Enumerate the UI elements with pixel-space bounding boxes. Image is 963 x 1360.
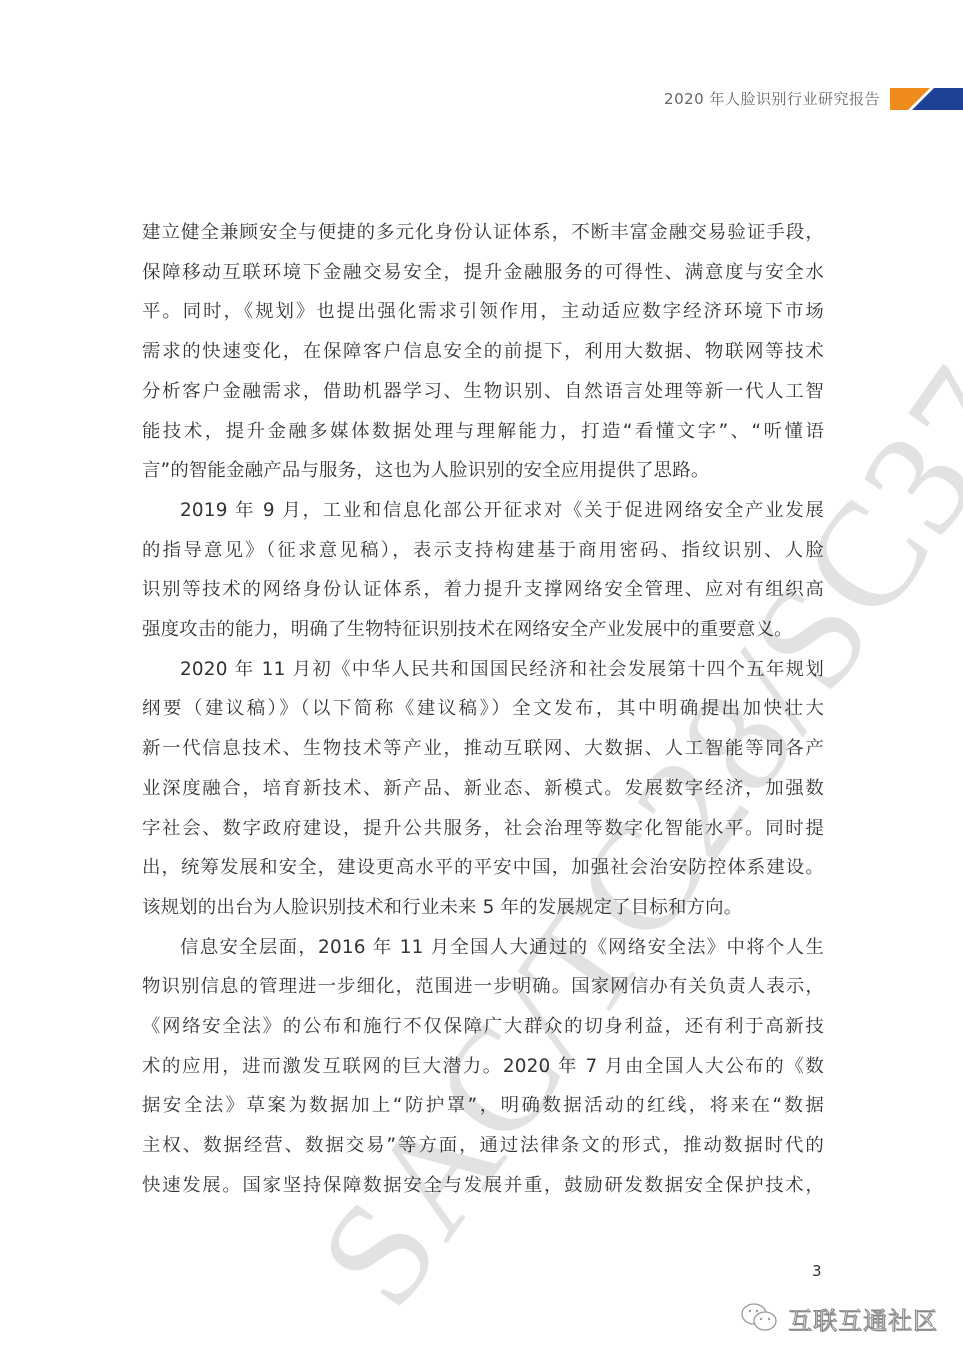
text-line: 的指导意见》（征求意见稿），表示支持构建基于商用密码、指纹识别、人脸 <box>142 531 824 571</box>
text-line: 快速发展。国家坚持保障数据安全与发展并重，鼓励研发数据安全保护技术， <box>142 1166 824 1206</box>
text-line: 术的应用，进而激发互联网的巨大潜力。2020 年 7 月由全国人大公布的《数 <box>142 1047 824 1087</box>
text-line: 该规划的出台为人脸识别技术和行业未来 5 年的发展规定了目标和方向。 <box>142 888 824 928</box>
text-line: 平。同时，《规划》也提出强化需求引领作用，主动适应数字经济环境下市场 <box>142 292 824 332</box>
text-line: 分析客户金融需求，借助机器学习、生物识别、自然语言处理等新一代人工智 <box>142 372 824 412</box>
text-line: 信息安全层面，2016 年 11 月全国人大通过的《网络安全法》中将个人生 <box>142 928 824 968</box>
paragraph: 建立健全兼顾安全与便捷的多元化身份认证体系，不断丰富金融交易验证手段，保障移动互… <box>142 213 824 491</box>
text-line: 强度攻击的能力，明确了生物特征识别技术在网络安全产业发展中的重要意义。 <box>142 610 824 650</box>
text-line: 物识别信息的管理进一步细化，范围进一步明确。国家网信办有关负责人表示， <box>142 967 824 1007</box>
text-line: 建立健全兼顾安全与便捷的多元化身份认证体系，不断丰富金融交易验证手段， <box>142 213 824 253</box>
paragraph: 2020 年 11 月初《中华人民共和国国民经济和社会发展第十四个五年规划纲要（… <box>142 650 824 928</box>
text-line: 出，统筹发展和安全，建设更高水平的平安中国，加强社会治安防控体系建设。 <box>142 848 824 888</box>
text-line: 新一代信息技术、生物技术等产业，推动互联网、大数据、人工智能等同各产 <box>142 729 824 769</box>
paragraph: 信息安全层面，2016 年 11 月全国人大通过的《网络安全法》中将个人生物识别… <box>142 928 824 1206</box>
text-line: 业深度融合，培育新技术、新产品、新业态、新模式。发展数字经济，加强数 <box>142 769 824 809</box>
page-number: 3 <box>812 1262 822 1280</box>
document-body: 建立健全兼顾安全与便捷的多元化身份认证体系，不断丰富金融交易验证手段，保障移动互… <box>142 213 824 1206</box>
text-line: 言”的智能金融产品与服务，这也为人脸识别的安全应用提供了思路。 <box>142 451 824 491</box>
text-line: 保障移动互联环境下金融交易安全，提升金融服务的可得性、满意度与安全水 <box>142 253 824 293</box>
brand-name: 互联互通社区 <box>788 1301 938 1336</box>
wechat-icon <box>740 1301 780 1335</box>
text-line: 需求的快速变化，在保障客户信息安全的前提下，利用大数据、物联网等技术 <box>142 332 824 372</box>
text-line: 识别等技术的网络身份认证体系，着力提升支撑网络安全管理、应对有组织高 <box>142 570 824 610</box>
text-line: 2019 年 9 月，工业和信息化部公开征求对《关于促进网络安全产业发展 <box>142 491 824 531</box>
paragraph: 2019 年 9 月，工业和信息化部公开征求对《关于促进网络安全产业发展的指导意… <box>142 491 824 650</box>
text-line: 《网络安全法》的公布和施行不仅保障广大群众的切身利益，还有利于高新技 <box>142 1007 824 1047</box>
footer-brand: 互联互通社区 <box>740 1298 938 1338</box>
text-line: 2020 年 11 月初《中华人民共和国国民经济和社会发展第十四个五年规划 <box>142 650 824 690</box>
text-line: 能技术，提升金融多媒体数据处理与理解能力，打造“看懂文字”、“听懂语 <box>142 412 824 452</box>
header-decoration-icon <box>890 88 963 110</box>
text-line: 字社会、数字政府建设，提升公共服务，社会治理等数字化智能水平。同时提 <box>142 809 824 849</box>
text-line: 纲要（建议稿）》（以下简称《建议稿》）全文发布，其中明确提出加快壮大 <box>142 689 824 729</box>
text-line: 据安全法》草案为数据加上“防护罩”，明确数据活动的红线，将来在“数据 <box>142 1086 824 1126</box>
report-title: 2020 年人脸识别行业研究报告 <box>664 88 880 109</box>
text-line: 主权、数据经营、数据交易”等方面，通过法律条文的形式，推动数据时代的 <box>142 1126 824 1166</box>
